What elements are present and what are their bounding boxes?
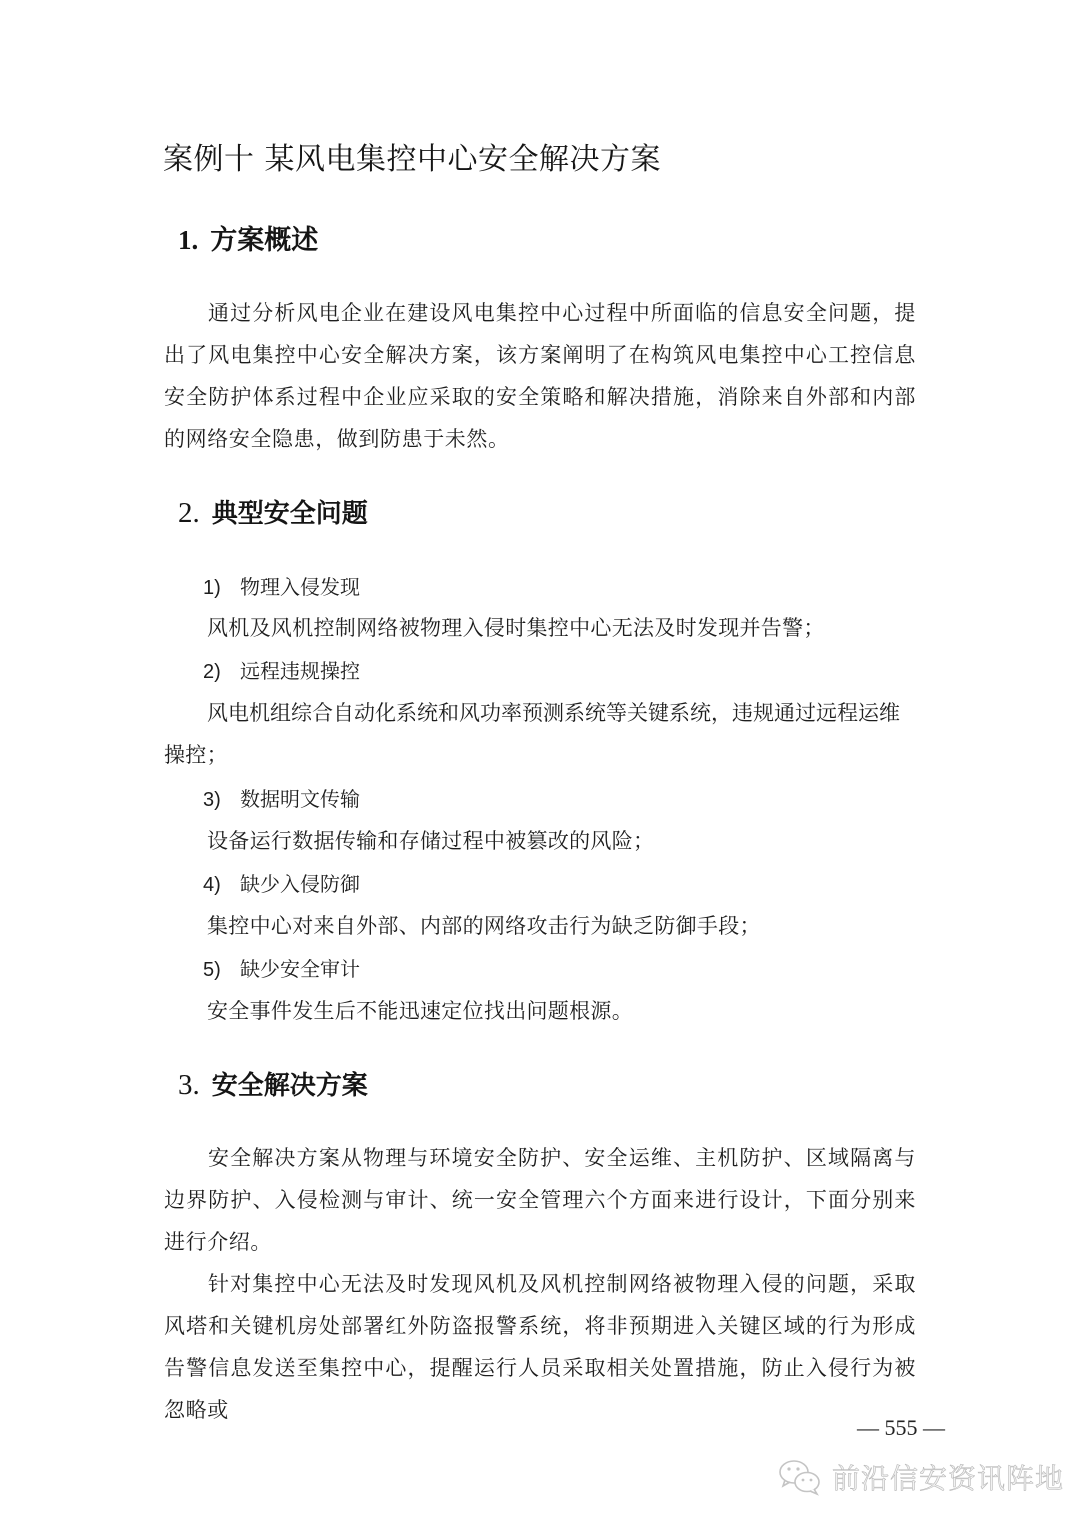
- issue-title: 数据明文传输: [240, 787, 360, 811]
- overview-paragraph: 通过分析风电企业在建设风电集控中心过程中所面临的信息安全问题，提出了风电集控中心…: [164, 292, 916, 460]
- section-number: 3.: [178, 1067, 200, 1103]
- solution-physical-paragraph: 针对集控中心无法及时发现风机及风机控制网络被物理入侵的问题，采取风塔和关键机房处…: [164, 1263, 916, 1431]
- document-title: 案例十 某风电集控中心安全解决方案: [163, 140, 661, 180]
- issue-title: 远程违规操控: [240, 659, 360, 683]
- wechat-icon: [778, 1457, 822, 1497]
- section-title: 典型安全问题: [212, 499, 368, 529]
- issue-description: 设备运行数据传输和存储过程中被篡改的风险；: [207, 820, 917, 862]
- issue-description: 风电机组综合自动化系统和风功率预测系统等关键系统，违规通过远程运维: [207, 692, 917, 734]
- watermark-text: 前沿信安资讯阵地: [832, 1457, 1064, 1497]
- section-heading-overview: 1.方案概述: [178, 222, 318, 259]
- issue-item-title: 5)缺少安全审计: [203, 954, 360, 985]
- issue-title: 物理入侵发现: [240, 575, 360, 599]
- issue-description-continued: 操控；: [164, 734, 874, 776]
- section-number: 1.: [178, 222, 198, 258]
- issue-number: 2): [203, 657, 240, 687]
- issue-item-title: 1)物理入侵发现: [203, 572, 360, 603]
- issue-item-title: 2)远程违规操控: [203, 656, 360, 687]
- solution-intro-paragraph: 安全解决方案从物理与环境安全防护、安全运维、主机防护、区域隔离与边界防护、入侵检…: [164, 1137, 916, 1263]
- watermark: 前沿信安资讯阵地: [778, 1452, 1064, 1502]
- section-title: 安全解决方案: [212, 1071, 368, 1101]
- section-heading-solution: 3.安全解决方案: [178, 1067, 368, 1104]
- issue-title: 缺少入侵防御: [240, 872, 360, 896]
- section-number: 2.: [178, 495, 200, 531]
- issue-number: 5): [203, 955, 240, 985]
- issue-item-title: 3)数据明文传输: [203, 784, 360, 815]
- issue-description: 安全事件发生后不能迅速定位找出问题根源。: [207, 990, 917, 1032]
- issue-number: 3): [203, 785, 240, 815]
- issue-description: 集控中心对来自外部、内部的网络攻击行为缺乏防御手段；: [207, 905, 917, 947]
- issue-number: 4): [203, 870, 240, 900]
- section-heading-typical-issues: 2.典型安全问题: [178, 495, 368, 532]
- issue-number: 1): [203, 573, 240, 603]
- page-number: — 555 —: [857, 1413, 945, 1443]
- issue-description: 风机及风机控制网络被物理入侵时集控中心无法及时发现并告警；: [207, 607, 917, 649]
- issue-title: 缺少安全审计: [240, 957, 360, 981]
- issue-item-title: 4)缺少入侵防御: [203, 869, 360, 900]
- section-title: 方案概述: [210, 225, 318, 256]
- document-page: 案例十 某风电集控中心安全解决方案 1.方案概述 通过分析风电企业在建设风电集控…: [0, 0, 1080, 1528]
